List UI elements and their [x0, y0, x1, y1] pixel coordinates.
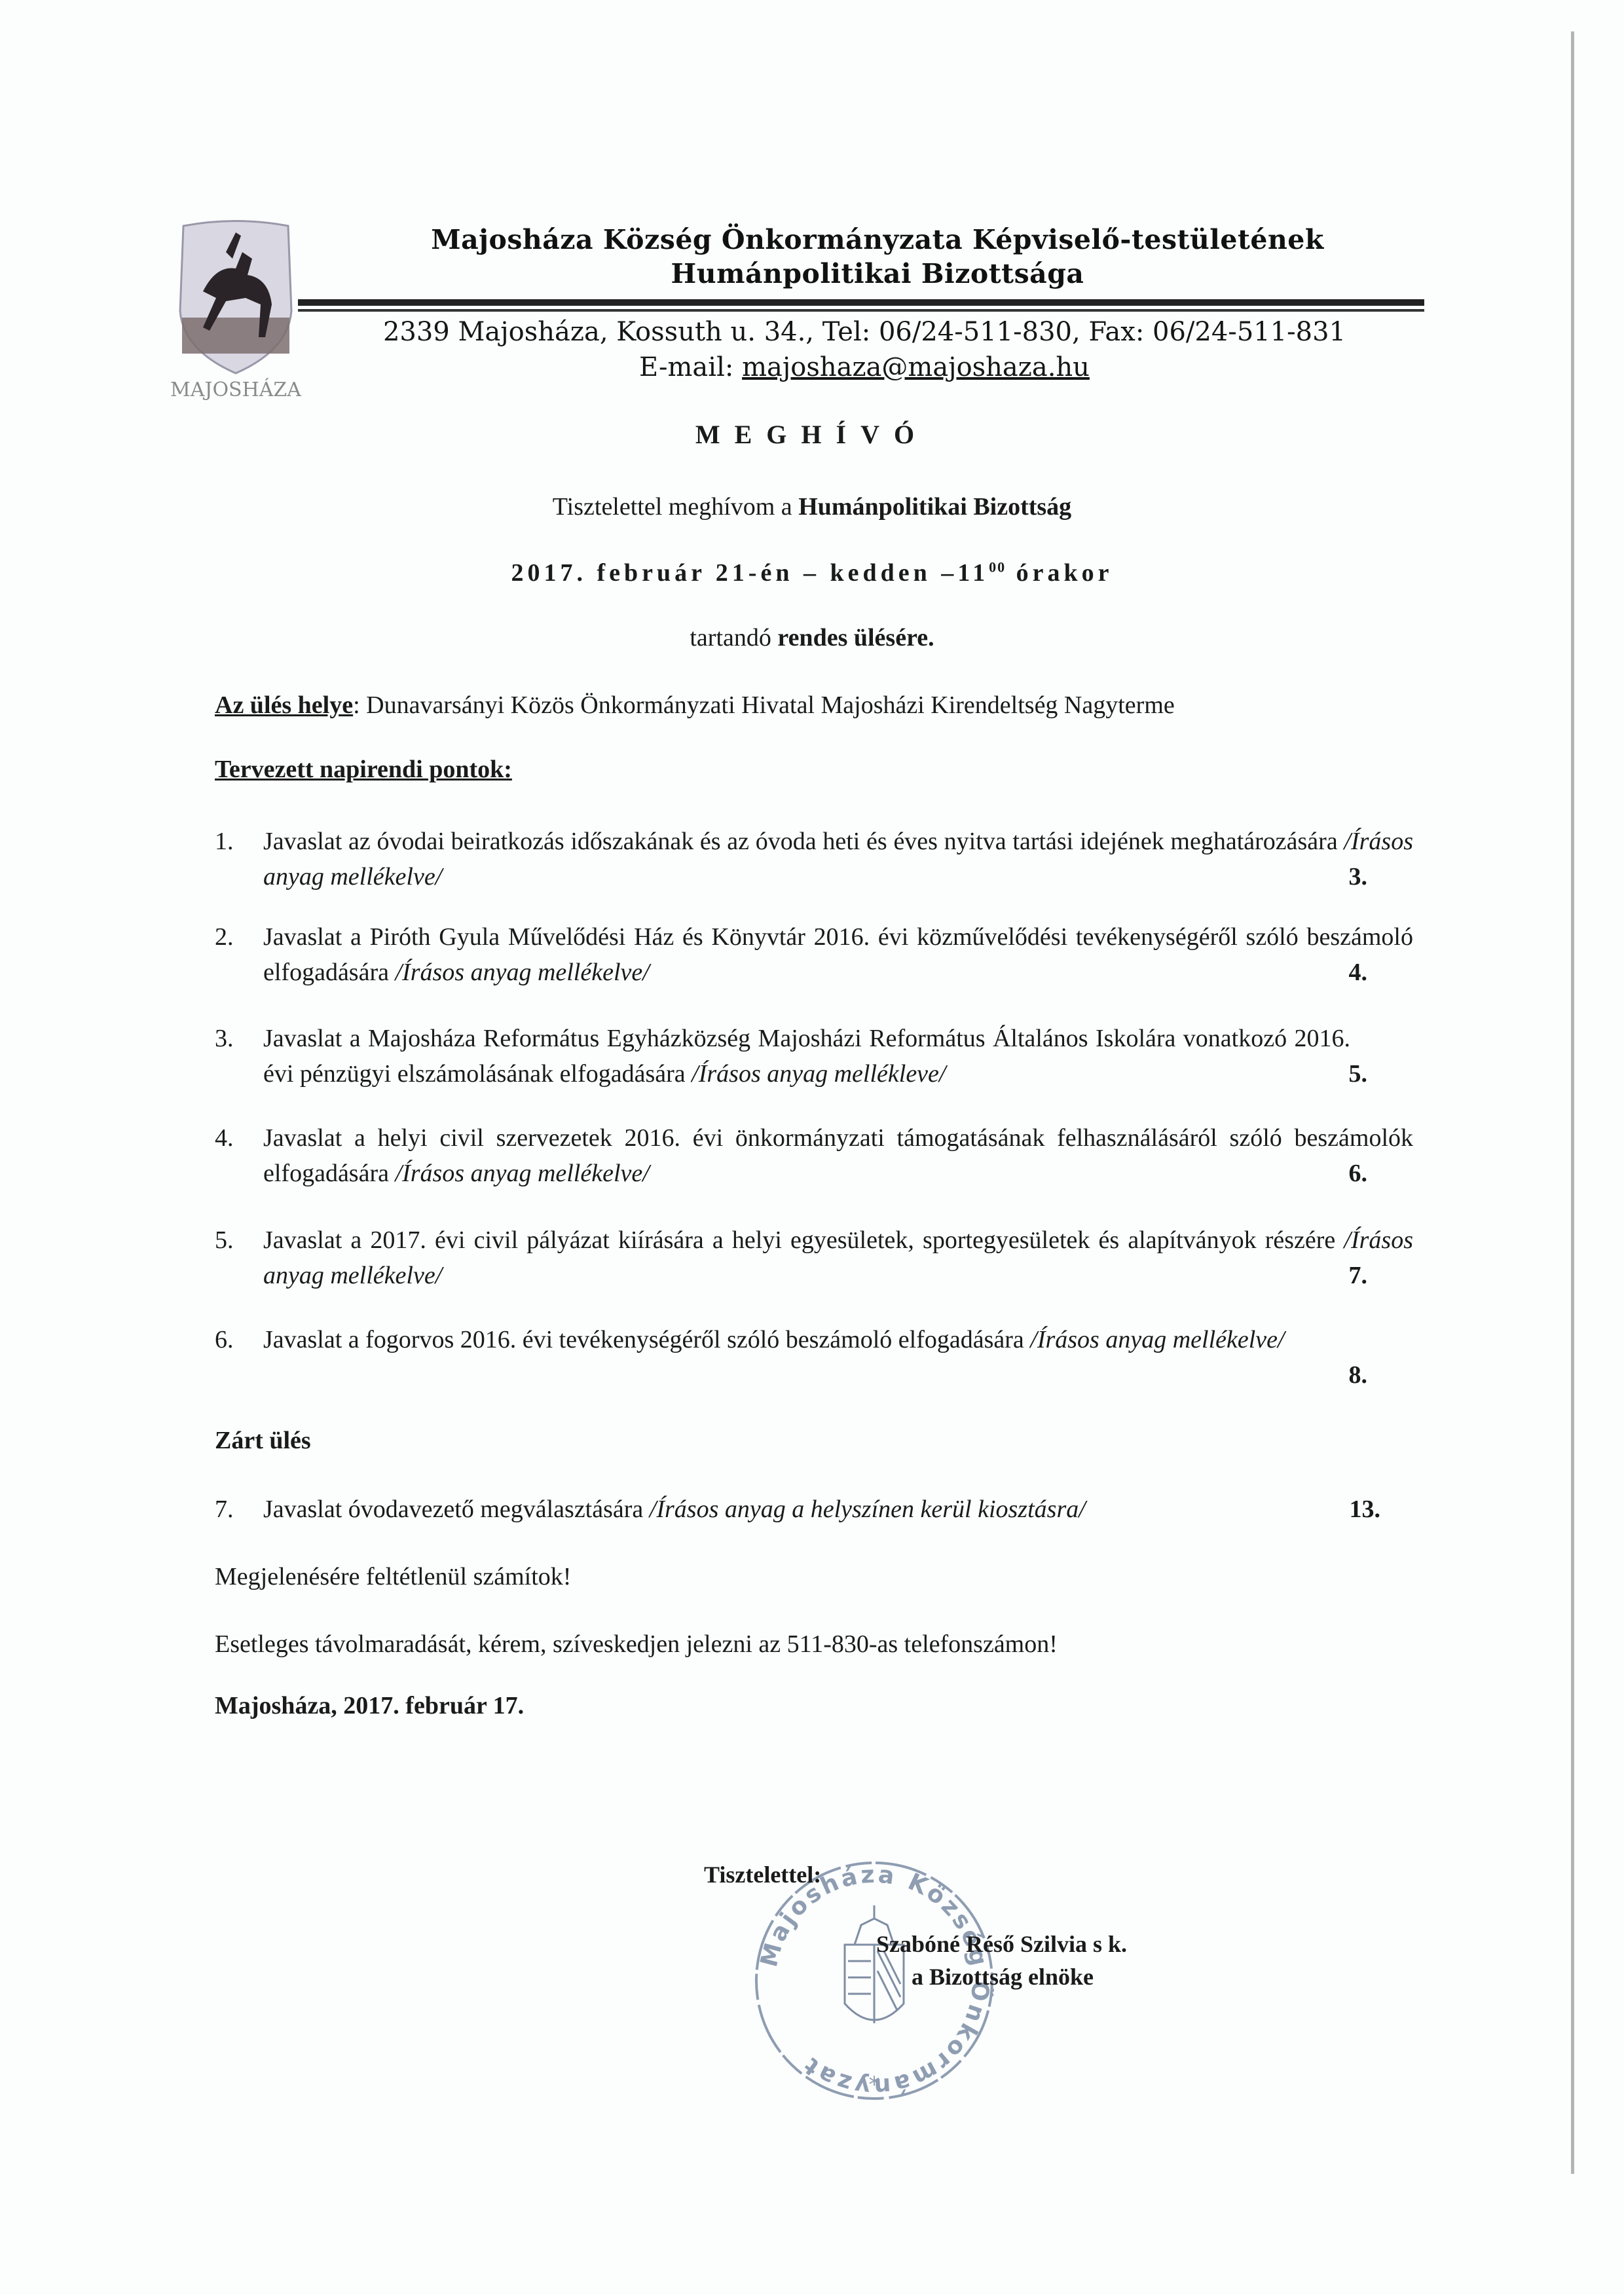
item-page: 13.: [1350, 1492, 1381, 1527]
item-number: 2.: [215, 919, 234, 955]
item-note: /Írásos anyag mellékleve/: [692, 1060, 946, 1088]
item-text-body: Javaslat a fogorvos 2016. évi tevékenysé…: [263, 1326, 1030, 1353]
closing-line-2: Esetleges távolmaradását, kérem, szívesk…: [215, 1626, 1413, 1662]
item-page: 8.: [1349, 1357, 1368, 1393]
signatory-role: a Bizottság elnöke: [912, 1963, 1094, 1991]
item-number: 3.: [215, 1021, 234, 1056]
item-note: /Írásos anyag mellékelve/: [1030, 1326, 1284, 1353]
svg-text:*: *: [869, 2072, 880, 2098]
place-date: Majosháza, 2017. február 17.: [215, 1688, 1413, 1723]
item-text: Javaslat a helyi civil szervezetek 2016.…: [263, 1120, 1413, 1191]
item-text: Javaslat a 2017. évi civil pályázat kiír…: [263, 1222, 1413, 1293]
item-note: /Írásos anyag mellékelve/: [396, 959, 650, 986]
item-page: 4.: [1349, 955, 1368, 990]
item-page: 5.: [1349, 1056, 1368, 1092]
item-number: 1.: [215, 824, 234, 859]
item-text-body: Javaslat a 2017. évi civil pályázat kiír…: [263, 1226, 1344, 1254]
item-text: Javaslat óvodavezető megválasztására /Ír…: [263, 1492, 1413, 1527]
item-page: 7.: [1349, 1258, 1368, 1293]
item-number: 7.: [215, 1492, 234, 1527]
item-text: Javaslat a Majosháza Református Egyházkö…: [263, 1021, 1350, 1092]
item-text: Javaslat az óvodai beiratkozás időszakán…: [263, 824, 1413, 894]
item-page: 6.: [1349, 1156, 1368, 1191]
item-note: /Írásos anyag mellékelve/: [396, 1160, 650, 1187]
scan-edge-line: [1571, 31, 1574, 2174]
hungarian-coat-of-arms-icon: [845, 1905, 904, 2023]
item-number: 6.: [215, 1322, 234, 1357]
item-text: Javaslat a fogorvos 2016. évi tevékenysé…: [263, 1322, 1413, 1357]
item-note: /Írásos anyag a helyszínen kerül kiosztá…: [650, 1496, 1086, 1523]
closed-session-heading: Zárt ülés: [215, 1423, 1413, 1458]
item-page: 3.: [1349, 859, 1368, 894]
signatory-name: Szabóné Réső Szilvia s k.: [876, 1930, 1127, 1958]
item-number: 5.: [215, 1222, 234, 1258]
item-text: Javaslat a Piróth Gyula Művelődési Ház é…: [263, 919, 1413, 990]
item-number: 4.: [215, 1120, 234, 1156]
item-text-body: Javaslat óvodavezető megválasztására: [263, 1496, 650, 1523]
closing-line-1: Megjelenésére feltétlenül számítok!: [215, 1559, 1413, 1594]
item-text-body: Javaslat az óvodai beiratkozás időszakán…: [263, 828, 1344, 855]
signature-greeting: Tisztelettel:: [704, 1861, 821, 1888]
